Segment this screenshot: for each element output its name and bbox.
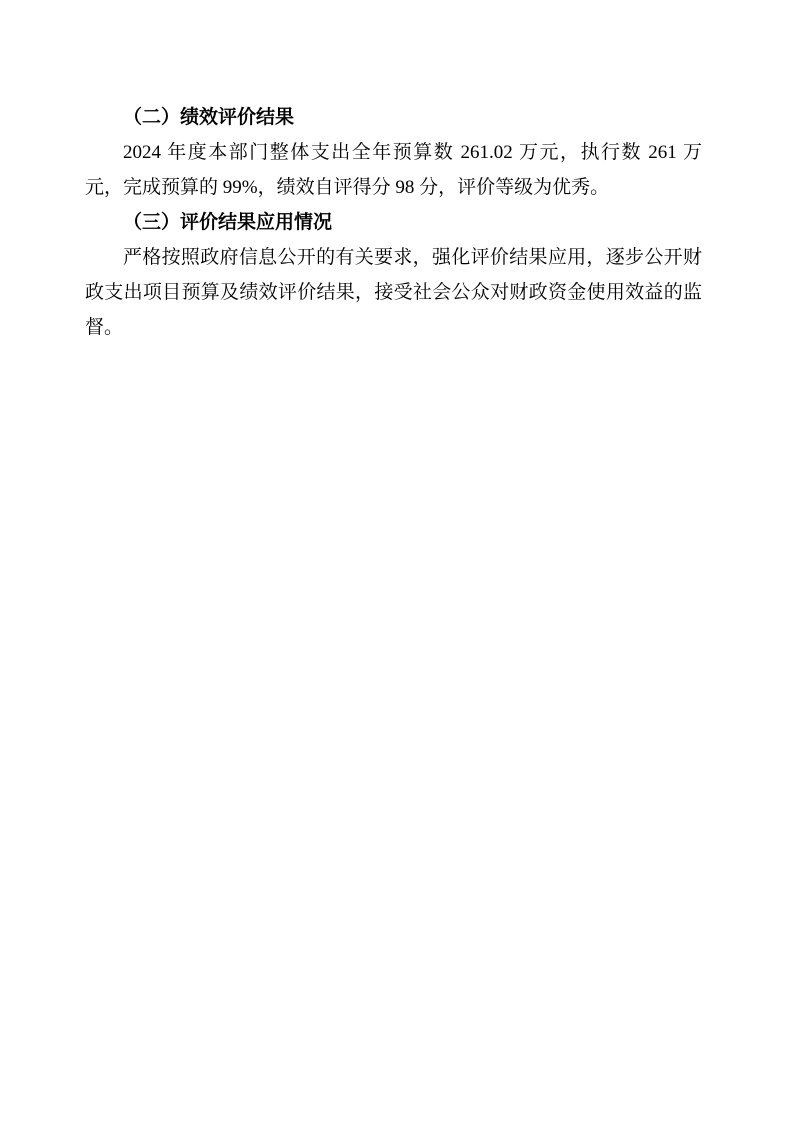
paragraph-line: 督。 [85, 310, 702, 345]
section-heading-evaluation-result-application: （三）评价结果应用情况 [85, 205, 702, 240]
paragraph-line: 2024 年度本部门整体支出全年预算数 261.02 万元，执行数 261 万 [85, 135, 702, 170]
paragraph-line: 严格按照政府信息公开的有关要求，强化评价结果应用，逐步公开财 [85, 240, 702, 275]
section-heading-performance-evaluation-results: （二）绩效评价结果 [85, 100, 702, 135]
section-evaluation-result-application: （三）评价结果应用情况 严格按照政府信息公开的有关要求，强化评价结果应用，逐步公… [85, 205, 702, 345]
paragraph-line: 政支出项目预算及绩效评价结果，接受社会公众对财政资金使用效益的监 [85, 275, 702, 310]
paragraph-line: 元，完成预算的 99%，绩效自评得分 98 分，评价等级为优秀。 [85, 170, 702, 205]
section-performance-evaluation-results: （二）绩效评价结果 2024 年度本部门整体支出全年预算数 261.02 万元，… [85, 100, 702, 205]
document-page: （二）绩效评价结果 2024 年度本部门整体支出全年预算数 261.02 万元，… [0, 0, 793, 1122]
document-content: （二）绩效评价结果 2024 年度本部门整体支出全年预算数 261.02 万元，… [85, 100, 702, 345]
